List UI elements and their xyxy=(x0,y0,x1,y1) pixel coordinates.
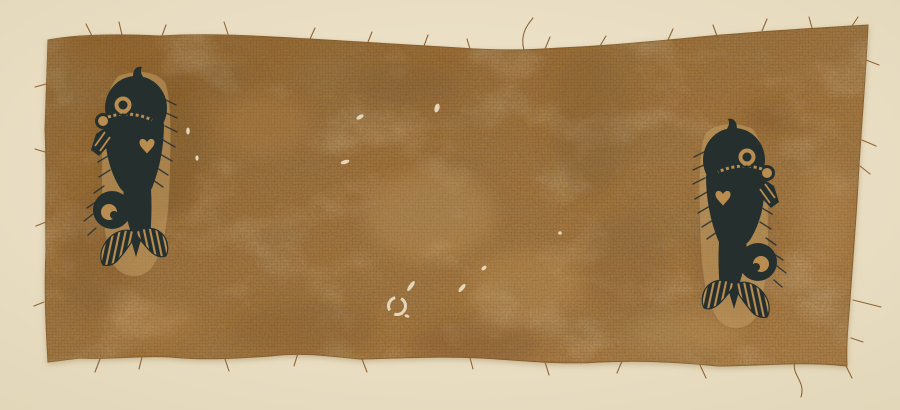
light-patch xyxy=(800,155,850,265)
shade-patch xyxy=(580,210,670,320)
light-patch xyxy=(470,250,580,320)
light-patch xyxy=(365,170,495,260)
shade-patch xyxy=(230,302,380,358)
hole xyxy=(195,155,198,160)
shade-patch xyxy=(350,63,460,107)
light-patch xyxy=(105,300,195,340)
hole xyxy=(558,231,562,235)
light-patch xyxy=(220,95,310,155)
textile-fragment-photo xyxy=(0,0,900,410)
shade-patch xyxy=(165,60,255,100)
artifact-photo xyxy=(0,0,900,410)
shade-patch xyxy=(550,50,630,200)
textile-fragment xyxy=(34,17,881,397)
hole xyxy=(186,128,190,135)
